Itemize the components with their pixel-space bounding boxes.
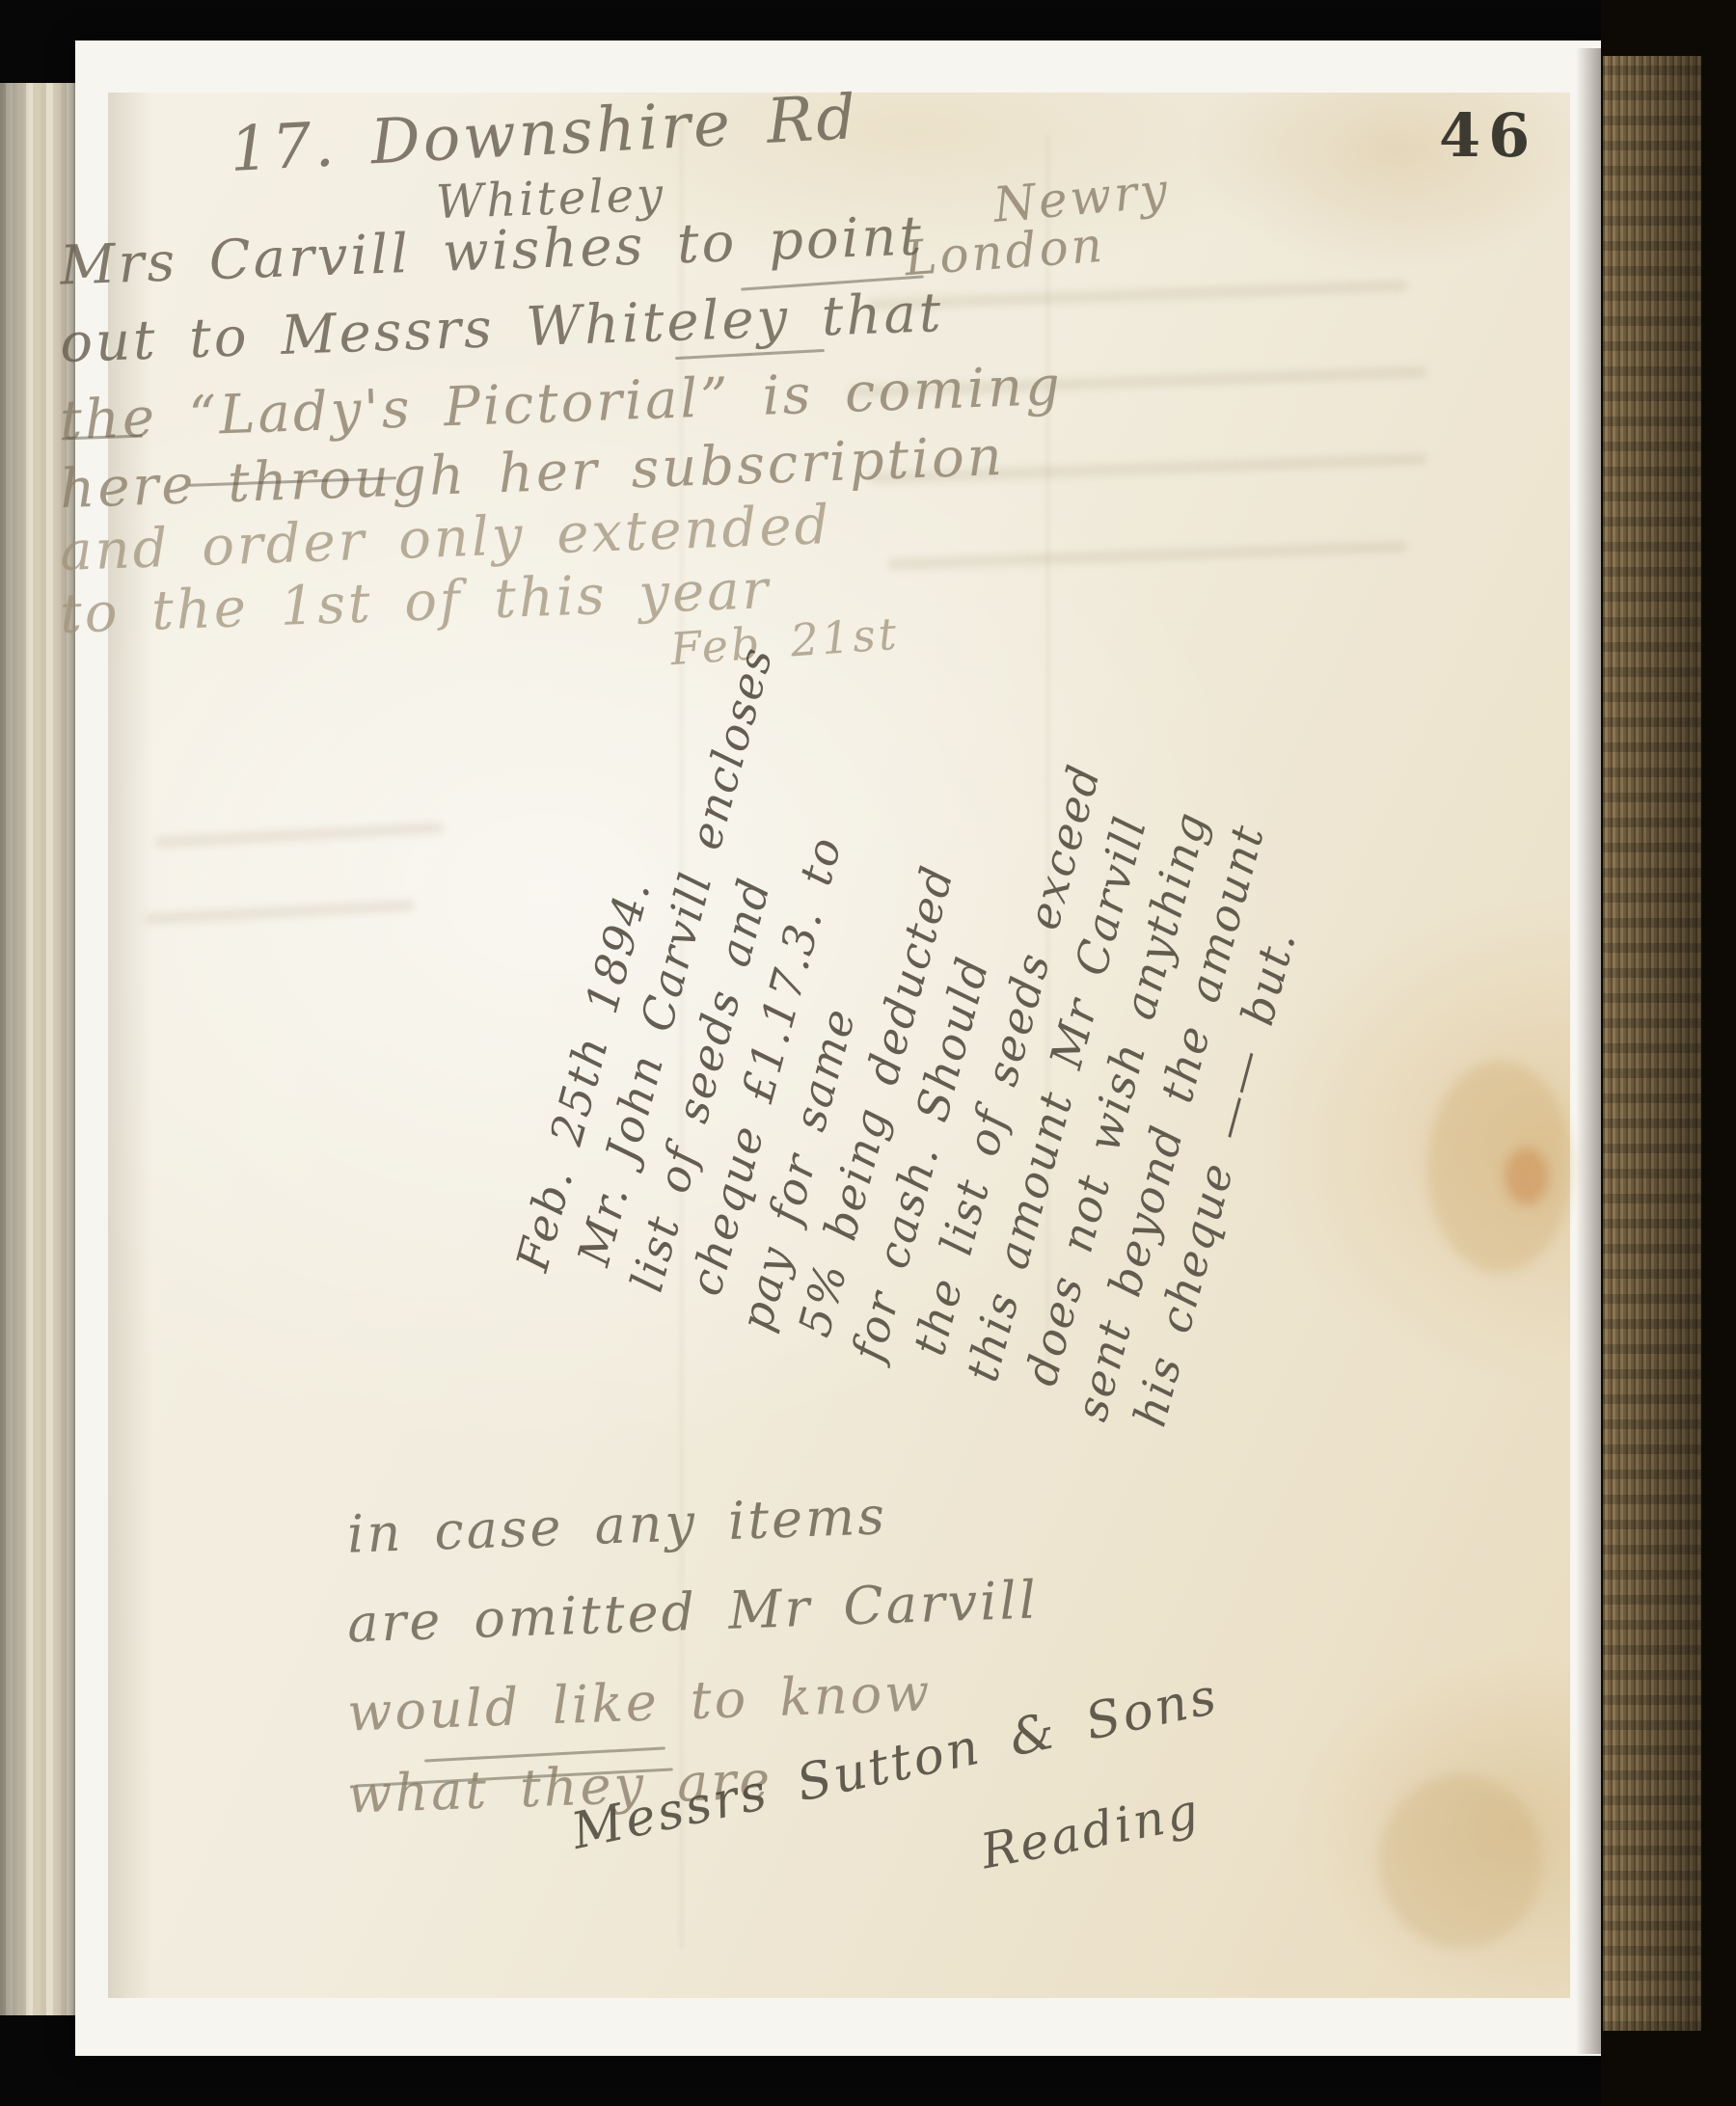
photographed-manuscript-page: 46 17. Downshire Rd Newry Whiteley Londo…	[0, 0, 1736, 2106]
binding-shadow	[108, 93, 152, 1998]
stain	[1427, 1061, 1572, 1273]
stain	[1505, 1147, 1549, 1205]
fore-edge-pages	[1603, 56, 1701, 2031]
page-number-stamp: 46	[1439, 100, 1537, 171]
stain	[1379, 1774, 1543, 1948]
